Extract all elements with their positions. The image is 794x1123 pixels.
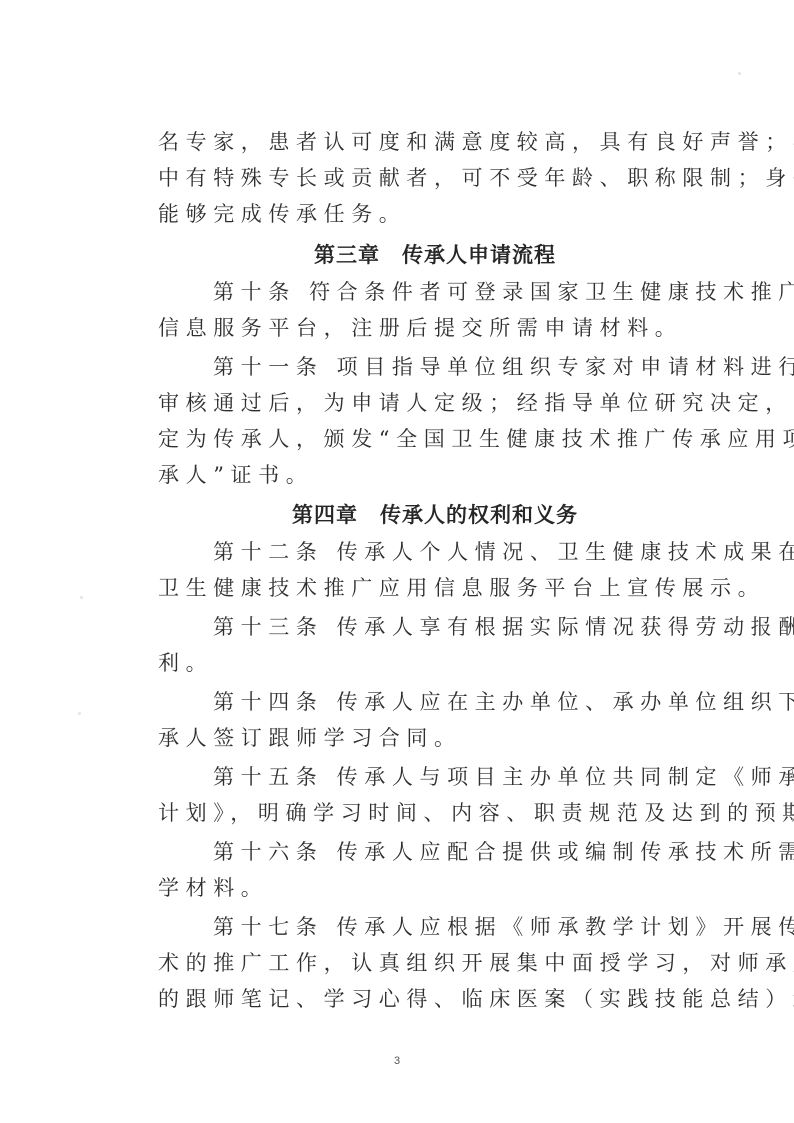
article-17-line: 第十七条 传承人应根据《师承教学计划》开展传承技 — [213, 909, 794, 945]
body-text-line: 承人”证书。 — [158, 457, 313, 493]
article-16-line: 第十六条 传承人应配合提供或编制传承技术所需的教 — [213, 834, 794, 870]
body-text-line: 承人签订跟师学习合同。 — [158, 720, 462, 756]
body-text-line: 利。 — [158, 645, 213, 681]
scan-noise-mark — [738, 72, 741, 75]
body-text-line: 卫生健康技术推广应用信息服务平台上宣传展示。 — [158, 570, 765, 606]
scan-noise-mark — [78, 712, 81, 715]
chapter-heading-4: 第四章 传承人的权利和义务 — [158, 497, 712, 533]
chapter-heading-3: 第三章 传承人申请流程 — [158, 237, 712, 273]
article-10-line: 第十条 符合条件者可登录国家卫生健康技术推广应用 — [213, 274, 794, 310]
article-12-line: 第十二条 传承人个人情况、卫生健康技术成果在国家 — [213, 534, 794, 570]
body-text-line: 学材料。 — [158, 870, 268, 906]
document-page: 名专家，患者认可度和满意度较高，具有良好声誉；在行业 中有特殊专长或贡献者，可不… — [0, 0, 794, 1123]
body-text-line: 名专家，患者认可度和满意度较高，具有良好声誉；在行业 — [158, 124, 794, 160]
body-text-line: 定为传承人，颁发“全国卫生健康技术推广传承应用项目传 — [158, 421, 794, 457]
article-14-line: 第十四条 传承人应在主办单位、承办单位组织下与师 — [213, 684, 794, 720]
body-text-line: 信息服务平台，注册后提交所需申请材料。 — [158, 310, 682, 346]
page-number: 3 — [0, 1055, 794, 1067]
scan-noise-mark — [80, 596, 83, 599]
body-text-line: 计划》，明确学习时间、内容、职责规范及达到的预期效果。 — [158, 795, 794, 831]
body-text-line: 的跟师笔记、学习心得、临床医案（实践技能总结）进行批 — [158, 981, 794, 1017]
article-11-line: 第十一条 项目指导单位组织专家对申请材料进行审核， — [213, 349, 794, 385]
article-13-line: 第十三条 传承人享有根据实际情况获得劳动报酬的权 — [213, 609, 794, 645]
body-text-line: 术的推广工作，认真组织开展集中面授学习，对师承人撰写 — [158, 945, 794, 981]
body-text-line: 中有特殊专长或贡献者，可不受年龄、职称限制；身体健康， — [158, 160, 794, 196]
article-15-line: 第十五条 传承人与项目主办单位共同制定《师承教学 — [213, 759, 794, 795]
body-text-line: 能够完成传承任务。 — [158, 196, 406, 232]
body-text-line: 审核通过后，为申请人定级；经指导单位研究决定，即可确 — [158, 385, 794, 421]
